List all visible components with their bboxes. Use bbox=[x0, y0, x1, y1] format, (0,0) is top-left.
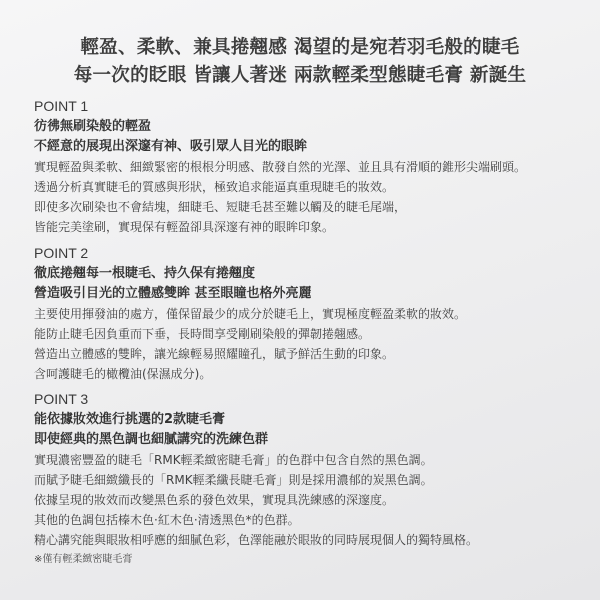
point-3-section: POINT 3 能依據妝效進行挑選的2款睫毛膏 即使經典的黑色調也細膩講究的洗練… bbox=[34, 389, 584, 550]
point-2-label: POINT 2 bbox=[34, 243, 584, 263]
point-1-body-line: 透過分析真實睫毛的質感與形狀，極致追求能逼真重現睫毛的妝效。 bbox=[34, 177, 584, 197]
point-2-heading-1: 徹底捲翹每一根睫毛、持久保有捲翹度 bbox=[34, 264, 584, 284]
point-1-heading-1: 彷彿無刷染般的輕盈 bbox=[34, 117, 584, 137]
headline: 輕盈、柔軟、兼具捲翹感 渴望的是宛若羽毛般的睫毛 每一次的眨眼 皆讓人著迷 兩款… bbox=[0, 34, 600, 90]
footnote: ※僅有輕柔緻密睫毛膏 bbox=[34, 552, 132, 568]
point-1-body-line: 即使多次刷染也不會結塊，細睫毛、短睫毛甚至難以觸及的睫毛尾端， bbox=[34, 197, 584, 217]
point-3-body-line: 而賦予睫毛細緻纖長的「RMK輕柔纖長睫毛膏」則是採用濃郁的炭黑色調。 bbox=[34, 470, 584, 490]
point-3-label: POINT 3 bbox=[34, 389, 584, 409]
point-3-body-line: 實現濃密豐盈的睫毛「RMK輕柔緻密睫毛膏」的色群中包含自然的黑色調。 bbox=[34, 450, 584, 470]
point-1-body-line: 實現輕盈與柔軟、細緻緊密的根根分明感、散發自然的光澤、並且具有滑順的錐形尖端刷頭… bbox=[34, 157, 584, 177]
point-2-body-line: 含呵護睫毛的橄欖油(保濕成分)。 bbox=[34, 364, 584, 384]
point-2-body-line: 能防止睫毛因負重而下垂，長時間享受剛刷染般的彈韌捲翹感。 bbox=[34, 324, 584, 344]
point-1-label: POINT 1 bbox=[34, 96, 584, 116]
point-2-body-line: 主要使用揮發油的處方，僅保留最少的成分於睫毛上，實現極度輕盈柔軟的妝效。 bbox=[34, 304, 584, 324]
headline-line-1: 輕盈、柔軟、兼具捲翹感 渴望的是宛若羽毛般的睫毛 bbox=[0, 34, 600, 62]
point-3-body-line: 其他的色調包括榛木色·紅木色·清透黑色*的色群。 bbox=[34, 510, 584, 530]
point-1-section: POINT 1 彷彿無刷染般的輕盈 不經意的展現出深邃有神、吸引眾人目光的眼眸 … bbox=[34, 96, 584, 237]
point-2-body-line: 營造出立體感的雙眸，讓光線輕易照耀瞳孔，賦予鮮活生動的印象。 bbox=[34, 344, 584, 364]
point-1-heading-2: 不經意的展現出深邃有神、吸引眾人目光的眼眸 bbox=[34, 137, 584, 157]
point-3-heading-1: 能依據妝效進行挑選的2款睫毛膏 bbox=[34, 410, 584, 430]
point-2-heading-2: 營造吸引目光的立體感雙眸 甚至眼瞳也格外亮麗 bbox=[34, 284, 584, 304]
point-2-section: POINT 2 徹底捲翹每一根睫毛、持久保有捲翹度 營造吸引目光的立體感雙眸 甚… bbox=[34, 243, 584, 384]
headline-line-2: 每一次的眨眼 皆讓人著迷 兩款輕柔型態睫毛膏 新誕生 bbox=[0, 62, 600, 90]
point-1-body-line: 皆能完美塗刷，實現保有輕盈卻具深邃有神的眼眸印象。 bbox=[34, 217, 584, 237]
point-3-heading-2: 即使經典的黑色調也細膩講究的洗練色群 bbox=[34, 430, 584, 450]
point-3-body-line: 精心講究能與眼妝相呼應的細膩色彩，色澤能融於眼妝的同時展現個人的獨特風格。 bbox=[34, 530, 584, 550]
point-3-body-line: 依據呈現的妝效而改變黑色系的發色效果，實現具洗練感的深邃度。 bbox=[34, 490, 584, 510]
